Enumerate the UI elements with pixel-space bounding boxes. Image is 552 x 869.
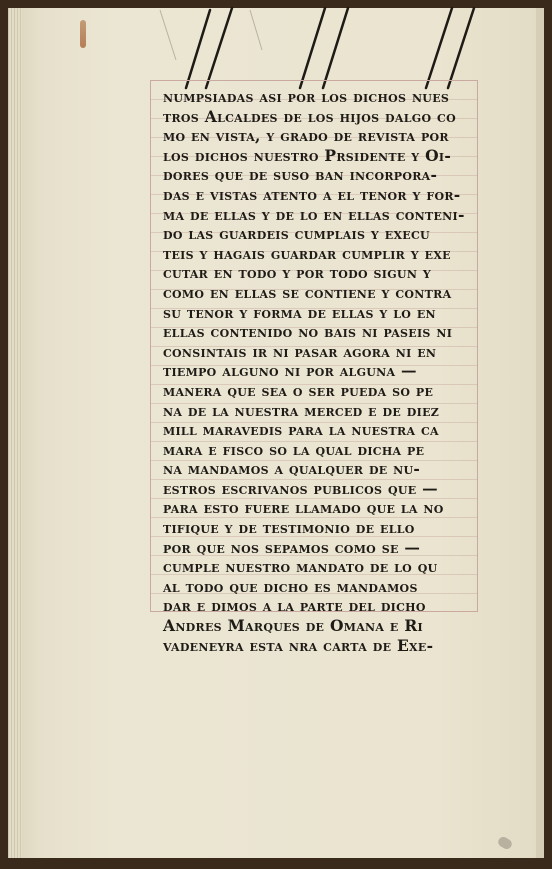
text-line: numpsiadas asi por los dichos nues	[163, 87, 471, 107]
text-line: cutar en todo y por todo sigun y	[163, 263, 471, 283]
text-line: na mandamos a qualquer de nu-	[163, 459, 471, 479]
text-line: estros escrivanos publicos que —	[163, 479, 471, 499]
text-line: vadeneyra esta nra carta de Exe-	[163, 636, 471, 656]
text-line: na de la nuestra merced e de diez	[163, 401, 471, 421]
text-line: do las guardeis cumplais y execu	[163, 224, 471, 244]
text-block: numpsiadas asi por los dichos nues tros …	[150, 80, 478, 612]
page-right-edge	[536, 8, 544, 858]
text-line: manera que sea o ser pueda so pe	[163, 381, 471, 401]
text-line: por que nos sepamos como se —	[163, 538, 471, 558]
text-line: al todo que dicho es mandamos	[163, 577, 471, 597]
text-line: Andres Marques de Omana e Ri	[163, 616, 471, 636]
text-line: dar e dimos a la parte del dicho	[163, 596, 471, 616]
text-line: su tenor y forma de ellas y lo en	[163, 303, 471, 323]
text-line: mo en vista, y grado de revista por	[163, 126, 471, 146]
text-line: tros Alcaldes de los hijos dalgo co	[163, 107, 471, 127]
smudge-mark	[496, 835, 513, 851]
text-line: tiempo alguno ni por alguna —	[163, 361, 471, 381]
text-line: ellas contenido no bais ni paseis ni	[163, 322, 471, 342]
text-line: los dichos nuestro Prsidente y Oi-	[163, 146, 471, 166]
text-line: dores que de suso ban incorpora-	[163, 165, 471, 185]
text-line: para esto fuere llamado que la no	[163, 498, 471, 518]
text-line: mill maravedis para la nuestra ca	[163, 420, 471, 440]
page-edges	[8, 8, 22, 858]
text-line: ma de ellas y de lo en ellas conteni-	[163, 205, 471, 225]
text-line: tifique y de testimonio de ello	[163, 518, 471, 538]
text-line: teis y hagais guardar cumplir y exe	[163, 244, 471, 264]
text-line: das e vistas atento a el tenor y for-	[163, 185, 471, 205]
text-line: consintais ir ni pasar agora ni en	[163, 342, 471, 362]
text-line: como en ellas se contiene y contra	[163, 283, 471, 303]
text-line: cumple nuestro mandato de lo qu	[163, 557, 471, 577]
text-line: mara e fisco so la qual dicha pe	[163, 440, 471, 460]
